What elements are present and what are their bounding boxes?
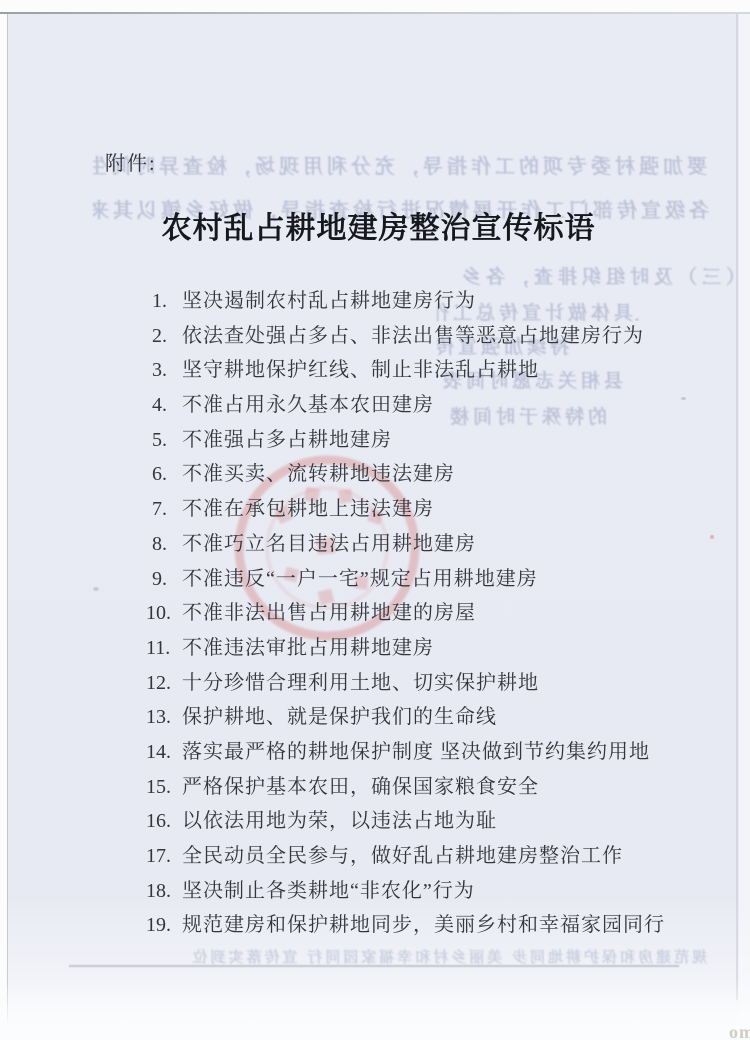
slogan-item: 10.不准非法出售占用耕地建的房屋 xyxy=(146,596,706,631)
slogan-text: 坚守耕地保护红线、制止非法乱占耕地 xyxy=(182,359,539,381)
slogan-item: 13.保护耕地、就是保护我们的生命线 xyxy=(146,700,706,735)
slogan-number: 14. xyxy=(146,741,176,764)
scanned-document: 要加强村委专项的工作指导，充分利用现场，检查异时间生效 各级宣传部门工作开展情况… xyxy=(0,0,750,1040)
slogan-item: 7.不准在承包耕地上违法建房 xyxy=(146,492,706,527)
paper-right-highlight xyxy=(739,14,750,1040)
slogan-number: 5. xyxy=(146,429,176,452)
slogan-number: 1. xyxy=(146,290,176,313)
slogan-item: 18.坚决制止各类耕地“非农化”行为 xyxy=(146,874,706,909)
slogan-item: 14.落实最严格的耕地保护制度 坚决做到节约集约用地 xyxy=(146,735,706,770)
slogan-item: 8.不准巧立名目违法占用耕地建房 xyxy=(146,527,706,562)
slogan-text: 十分珍惜合理利用土地、切实保护耕地 xyxy=(182,672,539,694)
paper-speck xyxy=(710,535,714,539)
slogan-text: 全民动员全民参与，做好乱占耕地建房整治工作 xyxy=(182,845,623,867)
slogan-item: 19.规范建房和保护耕地同步，美丽乡村和幸福家园同行 xyxy=(146,908,706,943)
slogan-item: 12.十分珍惜合理利用土地、切实保护耕地 xyxy=(146,666,706,701)
slogan-number: 8. xyxy=(146,533,176,556)
slogan-item: 11.不准违法审批占用耕地建房 xyxy=(146,631,706,666)
slogan-text: 坚决制止各类耕地“非农化”行为 xyxy=(182,880,475,902)
slogan-item: 15.严格保护基本农田，确保国家粮食安全 xyxy=(146,770,706,805)
bleed-through-text: 规范建房和保护耕地同步 美丽乡村和幸福家园同行 宣传落实到位 xyxy=(115,946,707,967)
slogan-item: 17.全民动员全民参与，做好乱占耕地建房整治工作 xyxy=(146,839,706,874)
paper-right-crease xyxy=(736,14,738,1000)
slogan-list: 1.坚决遏制农村乱占耕地建房行为2.依法查处强占多占、非法出售等恶意占地建房行为… xyxy=(146,284,706,943)
slogan-text: 不准在承包耕地上违法建房 xyxy=(182,498,434,520)
paper-left-edge xyxy=(7,14,8,1040)
paper-speck xyxy=(93,587,99,591)
slogan-item: 1.坚决遏制农村乱占耕地建房行为 xyxy=(146,284,706,319)
slogan-number: 18. xyxy=(146,880,176,903)
slogan-number: 15. xyxy=(146,776,176,799)
paper-speck xyxy=(635,318,639,321)
slogan-text: 严格保护基本农田，确保国家粮食安全 xyxy=(182,776,539,798)
slogan-text: 不准非法出售占用耕地建的房屋 xyxy=(182,602,476,624)
slogan-text: 保护耕地、就是保护我们的生命线 xyxy=(182,706,497,728)
slogan-number: 17. xyxy=(146,845,176,868)
slogan-text: 不准买卖、流转耕地违法建房 xyxy=(182,463,455,485)
slogan-number: 7. xyxy=(146,498,176,521)
bottom-page-fade xyxy=(7,980,750,1040)
slogan-number: 10. xyxy=(146,602,176,625)
slogan-number: 9. xyxy=(146,568,176,591)
attachment-label: 附件: xyxy=(105,147,157,176)
slogan-number: 12. xyxy=(146,672,176,695)
slogan-item: 5.不准强占多占耕地建房 xyxy=(146,423,706,458)
slogan-number: 13. xyxy=(146,706,176,729)
slogan-text: 不准巧立名目违法占用耕地建房 xyxy=(182,533,476,555)
slogan-text: 不准违反“一户一宅”规定占用耕地建房 xyxy=(182,568,538,590)
slogan-number: 4. xyxy=(146,394,176,417)
slogan-text: 依法查处强占多占、非法出售等恶意占地建房行为 xyxy=(182,325,644,347)
slogan-item: 6.不准买卖、流转耕地违法建房 xyxy=(146,457,706,492)
footer-rule-bleed xyxy=(69,965,679,967)
slogan-text: 坚决遏制农村乱占耕地建房行为 xyxy=(182,290,476,312)
slogan-item: 16.以依法用地为荣，以违法占地为耻 xyxy=(146,804,706,839)
slogan-text: 不准强占多占耕地建房 xyxy=(182,429,392,451)
slogan-number: 11. xyxy=(146,637,176,660)
slogan-text: 规范建房和保护耕地同步，美丽乡村和幸福家园同行 xyxy=(182,914,665,936)
slogan-text: 落实最严格的耕地保护制度 坚决做到节约集约用地 xyxy=(182,741,650,763)
slogan-item: 9.不准违反“一户一宅”规定占用耕地建房 xyxy=(146,562,706,597)
document-page: 要加强村委专项的工作指导，充分利用现场，检查异时间生效 各级宣传部门工作开展情况… xyxy=(7,14,750,1040)
slogan-number: 16. xyxy=(146,810,176,833)
page-title: 农村乱占耕地建房整治宣传标语 xyxy=(7,203,750,247)
slogan-number: 6. xyxy=(146,463,176,486)
slogan-item: 3.坚守耕地保护红线、制止非法乱占耕地 xyxy=(146,353,706,388)
slogan-number: 3. xyxy=(146,359,176,382)
paper-speck xyxy=(681,397,686,400)
slogan-item: 4.不准占用永久基本农田建房 xyxy=(146,388,706,423)
slogan-text: 不准违法审批占用耕地建房 xyxy=(182,637,434,659)
watermark-fragment: om xyxy=(729,1022,750,1040)
slogan-number: 19. xyxy=(146,914,176,937)
slogan-number: 2. xyxy=(146,325,176,348)
bleed-through-text: 要加强村委专项的工作指导，充分利用现场，检查异时间生效 xyxy=(93,150,707,179)
slogan-item: 2.依法查处强占多占、非法出售等恶意占地建房行为 xyxy=(146,319,706,354)
slogan-text: 以依法用地为荣，以违法占地为耻 xyxy=(182,810,497,832)
slogan-text: 不准占用永久基本农田建房 xyxy=(182,394,434,416)
